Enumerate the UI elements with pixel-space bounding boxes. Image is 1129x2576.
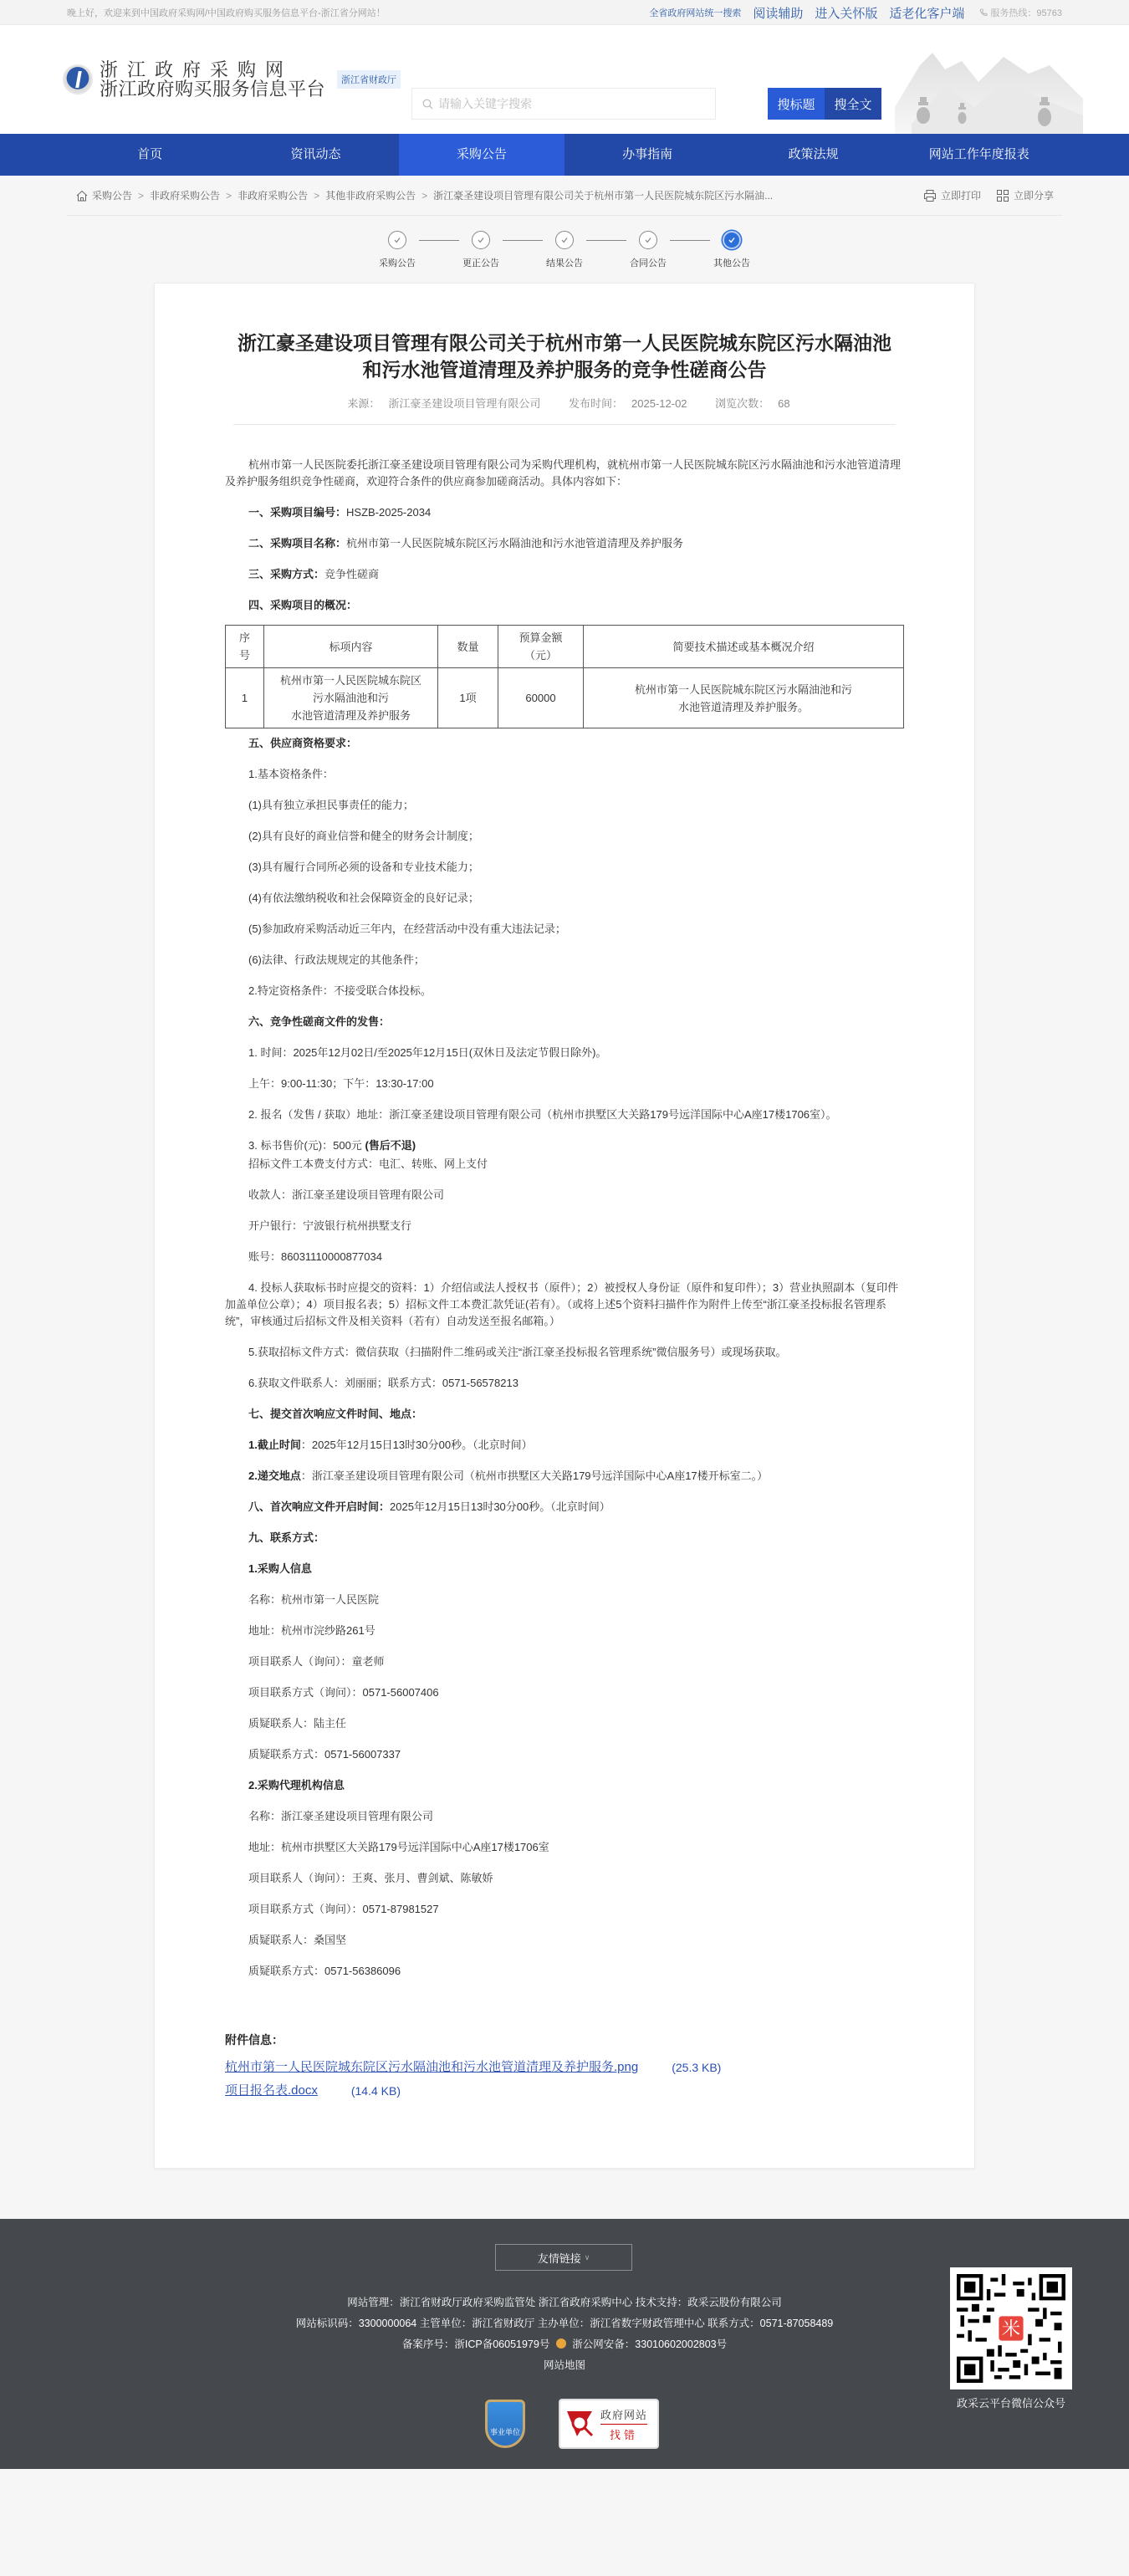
col-budget: 预算金额（元）: [498, 626, 584, 668]
project-overview-heading: 四、采购项目的概况：: [225, 597, 904, 614]
article-meta: 来源：浙江豪圣建设项目管理有限公司 发布时间：2025-12-02 浏览次数：6…: [233, 395, 896, 425]
project-number: 一、采购项目编号：HSZB-2025-2034: [225, 504, 904, 521]
nav-procurement-notices[interactable]: 采购公告: [399, 134, 564, 176]
magnifier-icon: [567, 2410, 595, 2438]
col-content: 标项内容: [264, 626, 438, 668]
print-label: 立即打印: [941, 188, 981, 202]
doc-account: 账号：86031110000877034: [225, 1249, 904, 1265]
breadcrumb-item[interactable]: 非政府采购公告: [238, 188, 308, 202]
footer-badges: 事业单位 政府网站 找错: [485, 2399, 659, 2449]
article-content: 杭州市第一人民医院委托浙江豪圣建设项目管理有限公司为采购代理机构，就杭州市第一人…: [225, 425, 904, 1980]
buyer-info-line: 地址：杭州市浣纱路261号: [225, 1623, 904, 1639]
doc-contact: 6.获取文件联系人：刘丽丽；联系方式：0571-56578213: [225, 1375, 904, 1392]
breadcrumb: 采购公告> 非政府采购公告> 非政府采购公告> 其他非政府采购公告> 浙江豪圣建…: [67, 176, 1062, 216]
phone-icon: [979, 8, 988, 17]
agent-info-line: 名称：浙江豪圣建设项目管理有限公司: [225, 1808, 904, 1825]
buyer-info-heading: 1.采购人信息: [225, 1561, 904, 1577]
qr-code-icon: 米: [957, 2274, 1065, 2383]
opening-time: 八、首次响应文件开启时间：2025年12月15日13时30分00秒。（北京时间）: [225, 1499, 904, 1515]
gov-site-label: 政府网站: [600, 2406, 647, 2425]
doc-obtain-method: 5.获取招标文件方式：微信获取（扫描附件二维码或关注“浙江豪圣投标报名管理系统”…: [225, 1344, 904, 1361]
buyer-info-line: 质疑联系方式：0571-56007337: [225, 1746, 904, 1763]
printer-icon: [923, 189, 937, 202]
doc-payee: 收款人：浙江豪圣建设项目管理有限公司: [225, 1187, 904, 1204]
doc-pay-method: 招标文件工本费支付方式：电汇、转账、网上支付: [225, 1156, 904, 1173]
attachment-size: (25.3 KB): [672, 2058, 721, 2077]
attachment-link[interactable]: 杭州市第一人民医院城东院区污水隔油池和污水池管道清理及养护服务.png: [225, 2058, 638, 2077]
col-no: 序号: [226, 626, 264, 668]
breadcrumb-current: 浙江豪圣建设项目管理有限公司关于杭州市第一人民医院城东院区污水隔油...: [433, 188, 773, 202]
check-icon: [477, 236, 485, 244]
submission-deadline: 1.截止时间：2025年12月15日13时30分00秒。（北京时间）: [225, 1437, 904, 1454]
svg-text:米: 米: [1002, 2318, 1020, 2340]
qr-share-icon: [996, 189, 1009, 202]
step-label: 其他公告: [713, 256, 750, 269]
attachment-link[interactable]: 项目报名表.docx: [225, 2082, 318, 2100]
care-version-link[interactable]: 进入关怀版: [815, 4, 877, 22]
submission-heading: 七、提交首次响应文件时间、地点：: [225, 1406, 904, 1423]
elderly-client-link[interactable]: 适老化客户端: [889, 4, 964, 22]
doc-sale-time: 1. 时间：2025年12月02日/至2025年12月15日(双休日及法定节假日…: [225, 1045, 904, 1061]
step-result[interactable]: 结果公告: [543, 231, 586, 269]
sitemap-link[interactable]: 网站地图: [544, 2359, 585, 2371]
unified-search-link[interactable]: 全省政府网站统一搜索: [649, 6, 741, 19]
views-value: 68: [778, 397, 789, 410]
project-items-table: 序号 标项内容 数量 预算金额（元） 简要技术描述或基本概况介绍 1 杭州市第一…: [225, 625, 904, 728]
police-badge-icon: [556, 2338, 566, 2349]
breadcrumb-item[interactable]: 其他非政府采购公告: [325, 188, 416, 202]
welcome-text: 晚上好，欢迎来到中国政府采购网/中国政府购买服务信息平台-浙江省分网站！: [67, 6, 386, 19]
finance-dept-badge: 浙江省财政厅: [337, 70, 401, 89]
requirement-item: (2)具有良好的商业信誉和健全的财务会计制度；: [225, 828, 904, 845]
step-label: 采购公告: [379, 256, 416, 269]
requirement-item: (6)法律、行政法规规定的其他条件；: [225, 952, 904, 969]
buyer-info-line: 项目联系方式（询问）：0571-56007406: [225, 1684, 904, 1701]
procurement-method: 三、采购方式：竞争性磋商: [225, 566, 904, 583]
requirement-item: (5)参加政府采购活动近三年内，在经营活动中没有重大违法记录；: [225, 921, 904, 938]
site-footer: 友情链接 ∨ 网站管理：浙江省财政厅政府采购监管处 浙江省政府采购中心 技术支持…: [0, 2219, 1129, 2469]
attachment-item: 杭州市第一人民医院城东院区污水隔油池和污水池管道清理及养护服务.png (25.…: [225, 2058, 904, 2077]
col-desc: 简要技术描述或基本概况介绍: [584, 626, 904, 668]
search-icon: [422, 99, 433, 110]
table-row: 1 杭州市第一人民医院城东院区 污水隔油池和污 水池管道清理及养护服务 1项 6…: [226, 668, 904, 728]
doc-sale-heading: 六、竞争性磋商文件的发售：: [225, 1014, 904, 1030]
step-correction[interactable]: 更正公告: [459, 231, 503, 269]
find-error-label: 找错: [610, 2426, 638, 2442]
attachment-item: 项目报名表.docx (14.4 KB): [225, 2082, 904, 2100]
notice-progress-steps: 采购公告 更正公告 结果公告 合同公告 其他公告: [67, 216, 1062, 283]
step-label: 更正公告: [462, 256, 499, 269]
views-label: 浏览次数：: [715, 397, 769, 410]
nav-news[interactable]: 资讯动态: [232, 134, 398, 176]
logo-title-main: 浙江政府采购网: [100, 60, 325, 79]
mountain-pagoda-decoration: [895, 49, 1083, 134]
search-fulltext-button[interactable]: 搜全文: [825, 88, 881, 120]
qr-label: 政采云平台微信公众号: [950, 2395, 1072, 2410]
cell-desc: 杭州市第一人民医院城东院区污水隔油池和污 水池管道清理及养护服务。: [584, 668, 904, 728]
source-label: 来源：: [347, 397, 380, 410]
top-links: 全省政府网站统一搜索 阅读辅助 进入关怀版 适老化客户端 服务热线：95763: [649, 4, 1062, 22]
cell-content: 杭州市第一人民医院城东院区 污水隔油池和污 水池管道清理及养护服务: [264, 668, 438, 728]
wechat-qr: 米 政采云平台微信公众号: [950, 2267, 1072, 2410]
agent-info-line: 地址：杭州市拱墅区大关路179号远洋国际中心A座17楼1706室: [225, 1839, 904, 1856]
doc-price: 3. 标书售价(元)：500元 (售后不退): [225, 1137, 904, 1154]
agent-info-line: 质疑联系人：桑国坚: [225, 1932, 904, 1949]
cell-no: 1: [226, 668, 264, 728]
chevron-down-icon: ∨: [585, 2253, 590, 2262]
attachment-size: (14.4 KB): [351, 2082, 401, 2100]
nav-home[interactable]: 首页: [67, 134, 232, 176]
step-connector: [586, 240, 626, 241]
requirement-item: (1)具有独立承担民事责任的能力；: [225, 797, 904, 814]
nav-annual-report[interactable]: 网站工作年度报表: [897, 134, 1062, 176]
doc-required-materials: 4. 投标人获取标书时应提交的资料：1）介绍信或法人授权书（原件）；2）被授权人…: [225, 1280, 904, 1330]
agent-info-line: 质疑联系方式：0571-56386096: [225, 1963, 904, 1980]
logo-title-sub: 浙江政府购买服务信息平台: [100, 79, 325, 99]
step-label: 结果公告: [546, 256, 583, 269]
friend-links-dropdown[interactable]: 友情链接 ∨: [495, 2244, 632, 2271]
step-contract[interactable]: 合同公告: [626, 231, 670, 269]
public-institution-label: 事业单位: [490, 2426, 520, 2437]
breadcrumb-item[interactable]: 非政府采购公告: [150, 188, 220, 202]
agent-info-line: 项目联系人（询问）：王爽、张月、曹剑斌、陈敏娇: [225, 1870, 904, 1887]
search-box: [411, 88, 716, 120]
step-connector: [419, 240, 459, 241]
search-input[interactable]: [438, 97, 689, 110]
buyer-info-line: 质疑联系人：陆主任: [225, 1715, 904, 1732]
requirement-item: 2.特定资格条件：不接受联合体投标。: [225, 983, 904, 999]
article-title: 浙江豪圣建设项目管理有限公司关于杭州市第一人民医院城东院区污水隔油池和污水池管道…: [225, 330, 904, 383]
site-logo[interactable]: 浙江政府采购网 浙江政府购买服务信息平台 浙江省财政厅: [63, 60, 401, 99]
main-nav: 首页 资讯动态 采购公告 办事指南 政策法规 网站工作年度报表: [0, 134, 1129, 176]
hotline: 服务热线：95763: [979, 6, 1062, 19]
doc-sale-address: 2. 报名（发售 / 获取）地址：浙江豪圣建设项目管理有限公司（杭州市拱墅区大关…: [225, 1107, 904, 1123]
nav-policy[interactable]: 政策法规: [730, 134, 896, 176]
home-icon[interactable]: [75, 189, 89, 202]
top-bar: 晚上好，欢迎来到中国政府采购网/中国政府购买服务信息平台-浙江省分网站！ 全省政…: [0, 0, 1129, 25]
public-institution-badge[interactable]: 事业单位: [485, 2400, 525, 2448]
check-icon: [644, 236, 652, 244]
buyer-info-line: 名称：杭州市第一人民医院: [225, 1592, 904, 1608]
step-other[interactable]: 其他公告: [710, 231, 754, 269]
icp-link[interactable]: 备案序号：浙ICP备06051979号: [402, 2338, 549, 2350]
cell-budget: 60000: [498, 668, 584, 728]
breadcrumb-item[interactable]: 采购公告: [92, 188, 132, 202]
friend-links-label: 友情链接: [538, 2250, 581, 2266]
requirement-item: (4)有依法缴纳税收和社会保障资金的良好记录；: [225, 890, 904, 907]
print-button[interactable]: 立即打印: [923, 188, 981, 202]
qr-code-image: 米: [950, 2267, 1072, 2389]
intro-paragraph: 杭州市第一人民医院委托浙江豪圣建设项目管理有限公司为采购代理机构，就杭州市第一人…: [225, 457, 904, 490]
requirement-item: 1.基本资格条件：: [225, 766, 904, 783]
step-procurement[interactable]: 采购公告: [375, 231, 419, 269]
step-connector: [670, 240, 710, 241]
site-header: 浙江政府采购网 浙江政府购买服务信息平台 浙江省财政厅 搜标题 搜全文: [0, 25, 1129, 134]
nav-guide[interactable]: 办事指南: [564, 134, 730, 176]
check-icon: [393, 236, 401, 244]
doc-bank: 开户银行：宁波银行杭州拱墅支行: [225, 1218, 904, 1234]
supplier-requirements-heading: 五、供应商资格要求：: [225, 735, 904, 752]
reading-assist-link[interactable]: 阅读辅助: [753, 4, 803, 22]
date-label: 发布时间：: [569, 397, 623, 410]
doc-sale-hours: 上午：9:00-11:30；下午：13:30-17:00: [225, 1076, 904, 1092]
step-connector: [503, 240, 543, 241]
agent-info-line: 项目联系方式（询问）：0571-87981527: [225, 1901, 904, 1918]
requirement-item: (3)具有履行合同所必须的设备和专业技术能力；: [225, 859, 904, 876]
contact-heading: 九、联系方式：: [225, 1530, 904, 1546]
table-header-row: 序号 标项内容 数量 预算金额（元） 简要技术描述或基本概况介绍: [226, 626, 904, 668]
notice-article: 浙江豪圣建设项目管理有限公司关于杭州市第一人民医院城东院区污水隔油池和污水池管道…: [154, 283, 975, 2169]
attachments-section: 附件信息： 杭州市第一人民医院城东院区污水隔油池和污水池管道清理及养护服务.pn…: [225, 2032, 904, 2100]
check-icon: [560, 236, 569, 244]
col-qty: 数量: [438, 626, 498, 668]
source-value: 浙江豪圣建设项目管理有限公司: [388, 397, 540, 410]
share-label: 立即分享: [1014, 188, 1054, 202]
hotline-text: 服务热线：95763: [990, 6, 1062, 19]
check-icon: [728, 236, 736, 244]
buyer-info-line: 项目联系人（询问）：童老师: [225, 1653, 904, 1670]
date-value: 2025-12-02: [631, 397, 687, 410]
attachments-heading: 附件信息：: [225, 2032, 904, 2048]
police-record-link[interactable]: 浙公网安备：33010602002803号: [572, 2338, 727, 2350]
search-title-button[interactable]: 搜标题: [768, 88, 825, 120]
project-name: 二、采购项目名称：杭州市第一人民医院城东院区污水隔油池和污水池管道清理及养护服务: [225, 535, 904, 552]
cell-qty: 1项: [438, 668, 498, 728]
submission-place: 2.递交地点：浙江豪圣建设项目管理有限公司（杭州市拱墅区大关路179号远洋国际中…: [225, 1468, 904, 1485]
step-label: 合同公告: [630, 256, 667, 269]
gov-site-error-report-badge[interactable]: 政府网站 找错: [559, 2399, 659, 2449]
share-button[interactable]: 立即分享: [996, 188, 1054, 202]
agent-info-heading: 2.采购代理机构信息: [225, 1777, 904, 1794]
emblem-icon: [63, 64, 93, 95]
